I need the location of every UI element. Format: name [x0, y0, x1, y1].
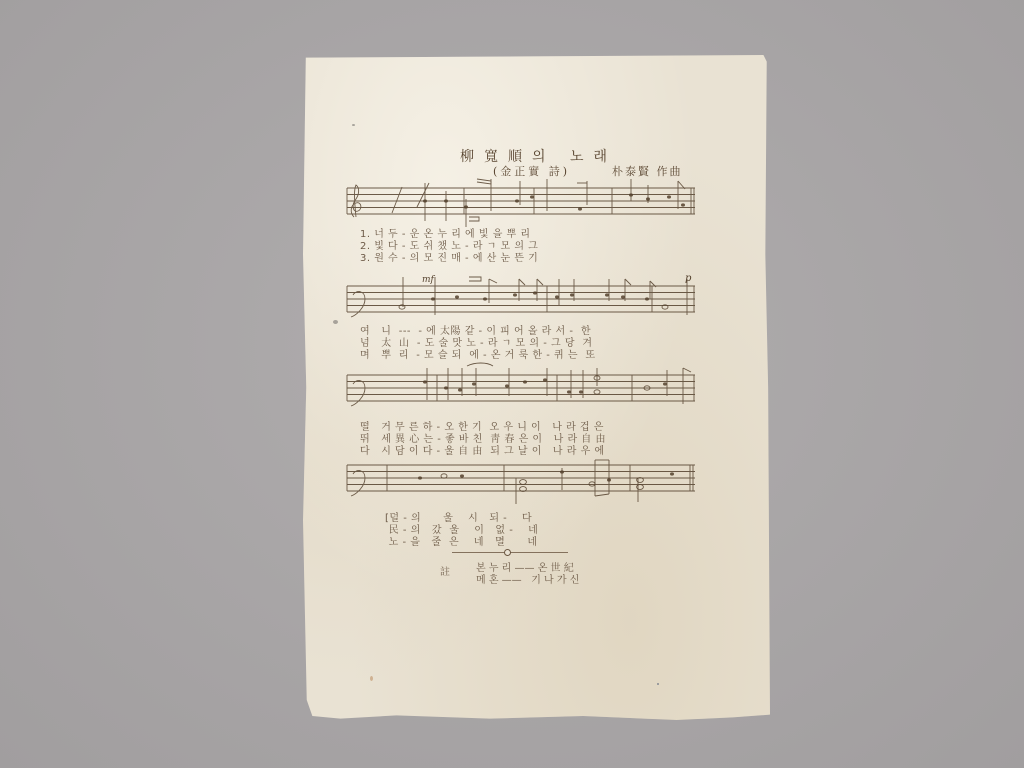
lyric-verse-1: [덜 - 의 울 시 되 - 다 — [385, 513, 725, 525]
staff-lines-with-notes — [347, 464, 695, 492]
lyric-verse-2: 뛰 세 異 心 는 - 좋 바 친 靑 春 은 이 나 라 自 由 — [360, 434, 700, 446]
staff-system-3 — [347, 374, 695, 402]
footnote: 註 본 누 리 —— 온 世 紀 메 혼 —— 기 나 가 신 — [440, 563, 579, 587]
lyric-verse-3: 노 - 을 줄 은 네 멸 네 — [385, 537, 725, 549]
lyric-verse-3: 며 뿌 리 - 모 슬 되 에 - 온 거 룩 한 - 퀴 는 또 — [360, 350, 700, 362]
staff-lines-with-notes — [347, 374, 695, 402]
staff-lines-with-notes — [347, 187, 695, 215]
dynamic-mf: mf — [422, 275, 436, 285]
lyric-verse-1: 여 니 --- - 에 太陽 같 - 이 피 어 올 라 서 - 한 — [360, 326, 700, 338]
lyric-verse-1: 떨 거 무 른 하 - 오 한 기 오 우 니 이 나 라 겁 은 — [360, 422, 700, 434]
lyrics-system-2: 여 니 --- - 에 太陽 같 - 이 피 어 올 라 서 - 한 넘 太 山… — [360, 326, 700, 362]
footnote-line-1: 본 누 리 —— 온 世 紀 — [476, 563, 579, 575]
divider-ornament — [504, 549, 511, 556]
staff-lines-with-notes: mf p — [347, 285, 695, 313]
lyric-verse-3: 3. 원 수 - 의 모 진 매 - 에 산 눈 뜬 기 — [360, 253, 700, 265]
paper-speck — [333, 320, 338, 324]
footnote-label: 註 — [440, 563, 450, 587]
lyric-verse-2: 2. 빛 다 - 도 쉬 챘 노 - 라 ㄱ 모 의 그 — [360, 241, 700, 253]
paper-speck — [352, 124, 355, 126]
lyricist-credit: (金正實 詩) — [493, 163, 570, 179]
staff-system-1 — [347, 187, 695, 215]
dynamic-p: p — [685, 273, 692, 284]
lyric-verse-3: 다 시 담 이 다 - 울 自 由 되 그 날 이 나 라 우 에 — [360, 446, 700, 458]
staff-system-2: mf p — [347, 285, 695, 313]
lyric-verse-2: 民 - 의 갔 울 이 없 - 네 — [385, 525, 725, 537]
staff-system-4 — [347, 464, 695, 492]
lyrics-system-1: 1. 너 두 - 운 온 누 리 에 빛 을 뿌 리 2. 빛 다 - 도 쉬 … — [360, 229, 700, 265]
composer-credit: 朴泰賢 作曲 — [612, 163, 683, 179]
lyrics-system-3: 떨 거 무 른 하 - 오 한 기 오 우 니 이 나 라 겁 은 뛰 세 異 … — [360, 422, 700, 458]
lyrics-system-4: [덜 - 의 울 시 되 - 다 民 - 의 갔 울 이 없 - 네 노 - 을… — [385, 513, 725, 549]
lyric-verse-1: 1. 너 두 - 운 온 누 리 에 빛 을 뿌 리 — [360, 229, 700, 241]
lyric-verse-2: 넘 太 山 - 도 술 맛 노 - 라 ㄱ 모 의 - 그 당 겨 — [360, 338, 700, 350]
paper-speck — [657, 683, 659, 685]
footnote-line-2: 메 혼 —— 기 나 가 신 — [476, 575, 579, 587]
paper-speck — [370, 676, 373, 681]
